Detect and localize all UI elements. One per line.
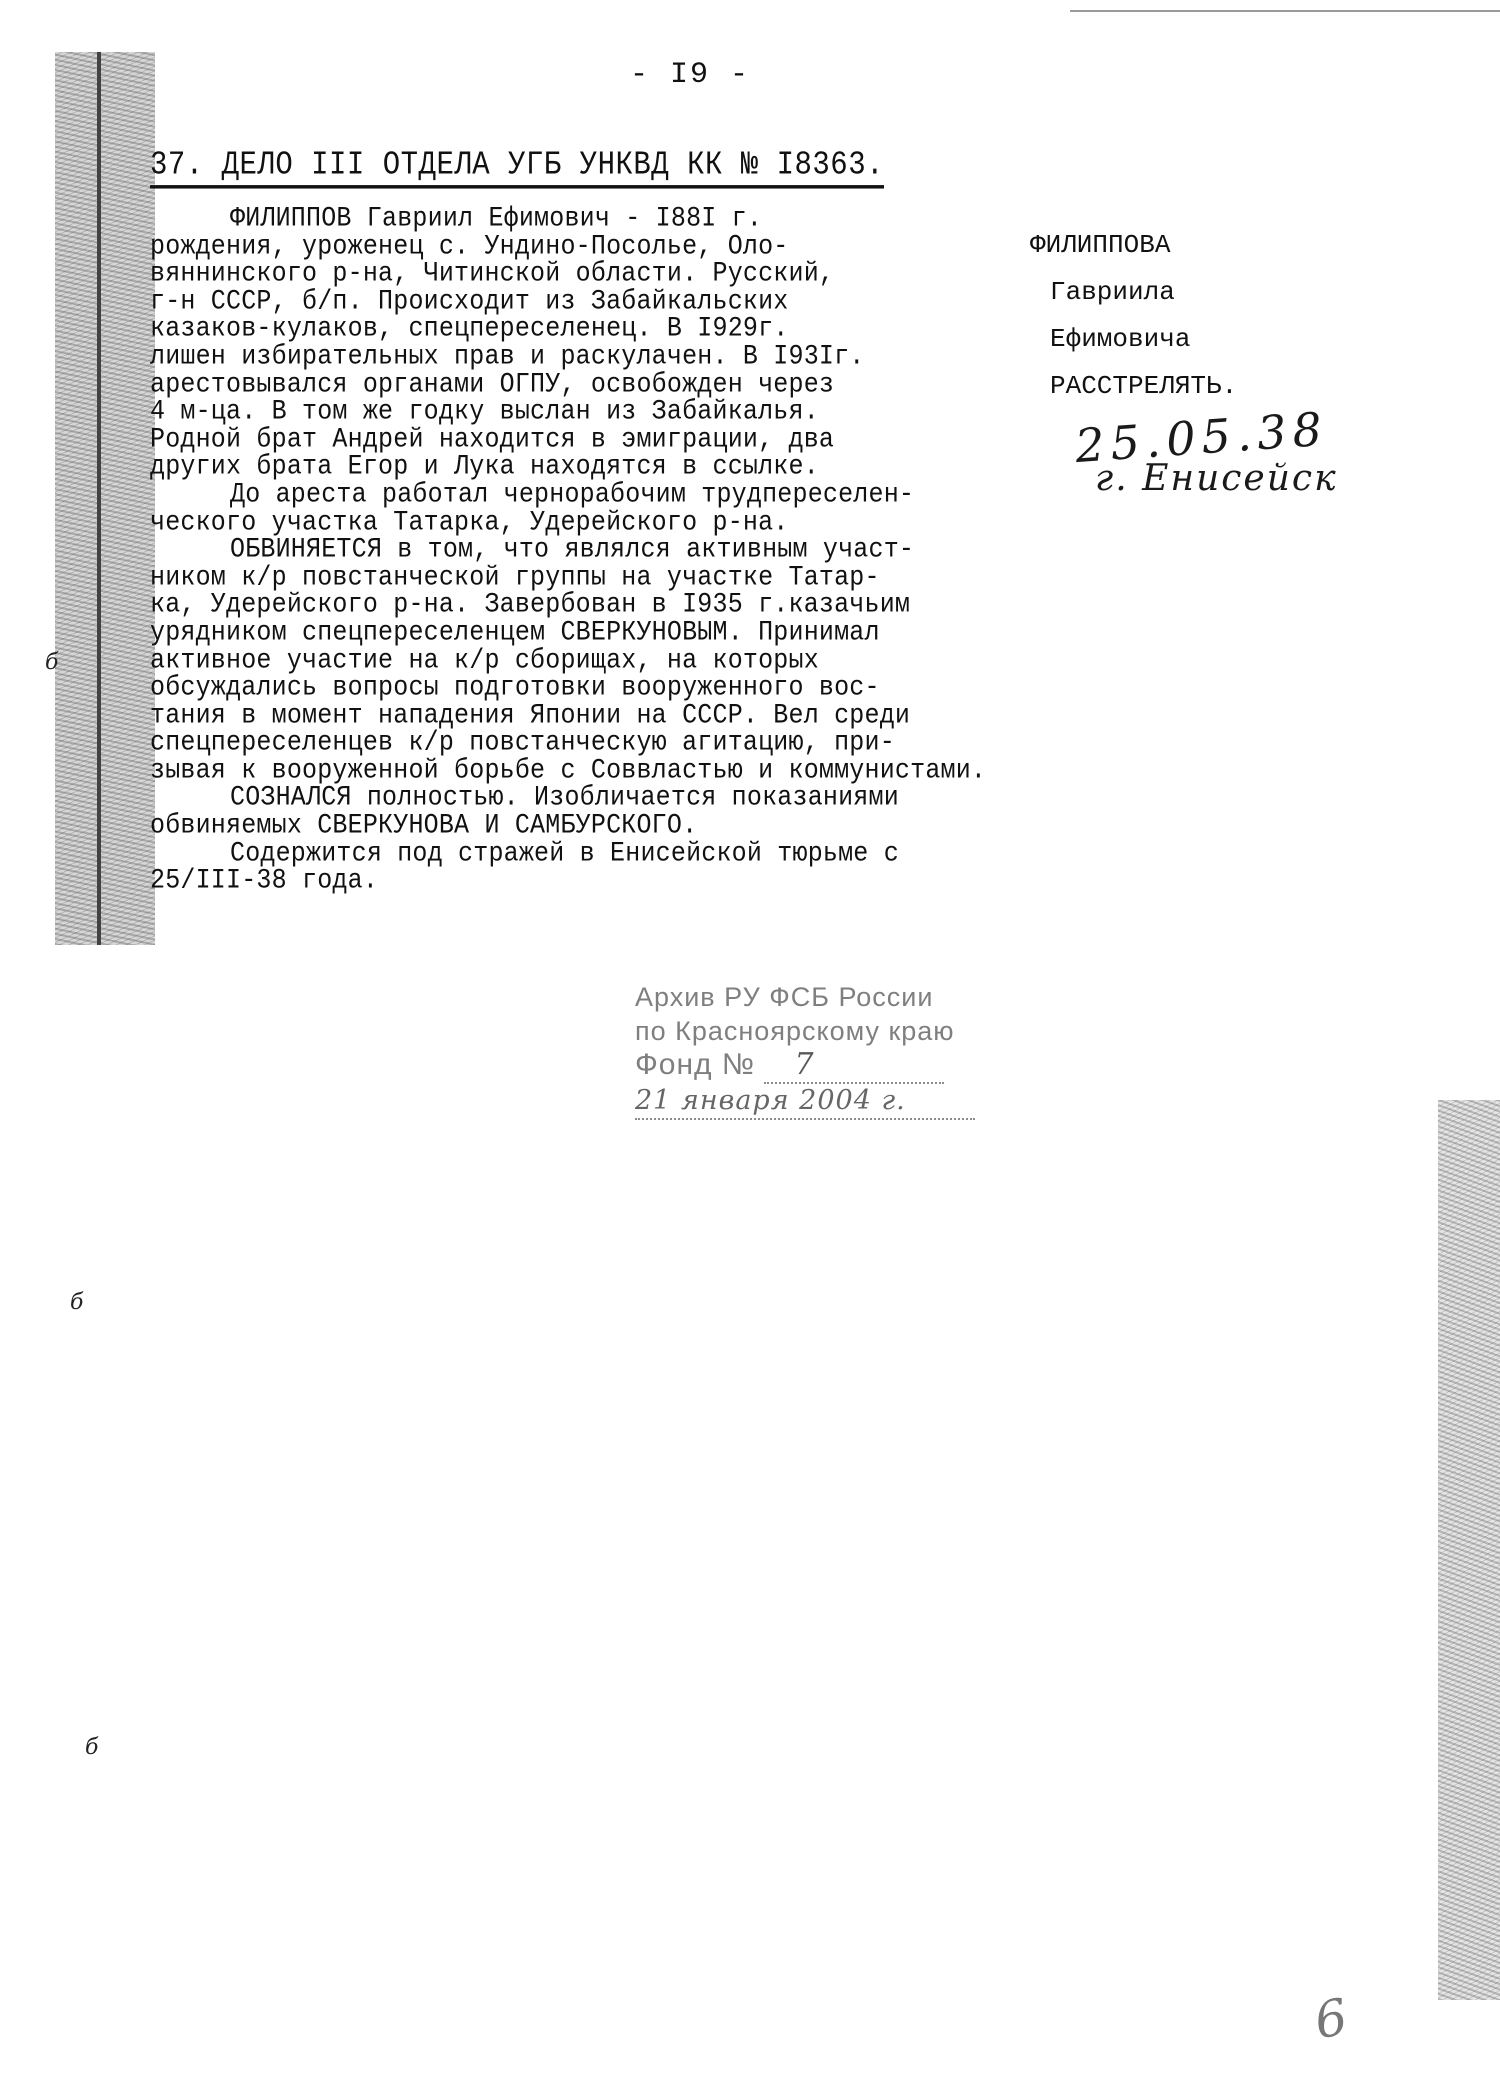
scan-edge-line — [1070, 10, 1500, 12]
binding-shadow-left — [55, 52, 155, 945]
body-line: 25/III-38 года. — [150, 866, 1050, 897]
archive-stamp: Архив РУ ФСБ России по Красноярскому кра… — [635, 980, 975, 1120]
verdict-first-name: Гавриила — [1030, 269, 1237, 316]
verdict-patronymic: Ефимовича — [1030, 316, 1237, 363]
sheet-number: 6 — [1310, 1988, 1351, 2051]
page-number: - I9 - — [630, 58, 750, 92]
verdict-sentence: РАССТРЕЛЯТЬ. — [1030, 363, 1237, 410]
stamp-fond: Фонд № 7 — [635, 1048, 975, 1084]
margin-mark: б — [45, 650, 58, 675]
binding-shadow-right — [1438, 1100, 1500, 2000]
case-body: ФИЛИППОВ Гавриил Ефимович - I88I г. рожд… — [150, 205, 1050, 895]
verdict-surname: ФИЛИППОВА — [1030, 222, 1237, 269]
case-heading: 37. ДЕЛО III ОТДЕЛА УГБ УНКВД КК № I8363… — [150, 146, 884, 189]
stamp-fond-value: 7 — [764, 1048, 944, 1084]
verdict-block: ФИЛИППОВА Гавриила Ефимовича РАССТРЕЛЯТЬ… — [1030, 222, 1237, 410]
margin-mark: б — [85, 1735, 98, 1760]
handwritten-execution-note: 25.05.38 г. Енисейск — [1075, 410, 1338, 499]
stamp-region: по Красноярскому краю — [635, 1014, 975, 1048]
stamp-date: 21 января 2004 г. — [635, 1084, 975, 1120]
margin-mark: б — [70, 1290, 83, 1315]
stamp-archive-name: Архив РУ ФСБ России — [635, 980, 975, 1014]
document-page: - I9 - 37. ДЕЛО III ОТДЕЛА УГБ УНКВД КК … — [0, 0, 1500, 2093]
stamp-fond-label: Фонд № — [635, 1048, 755, 1081]
